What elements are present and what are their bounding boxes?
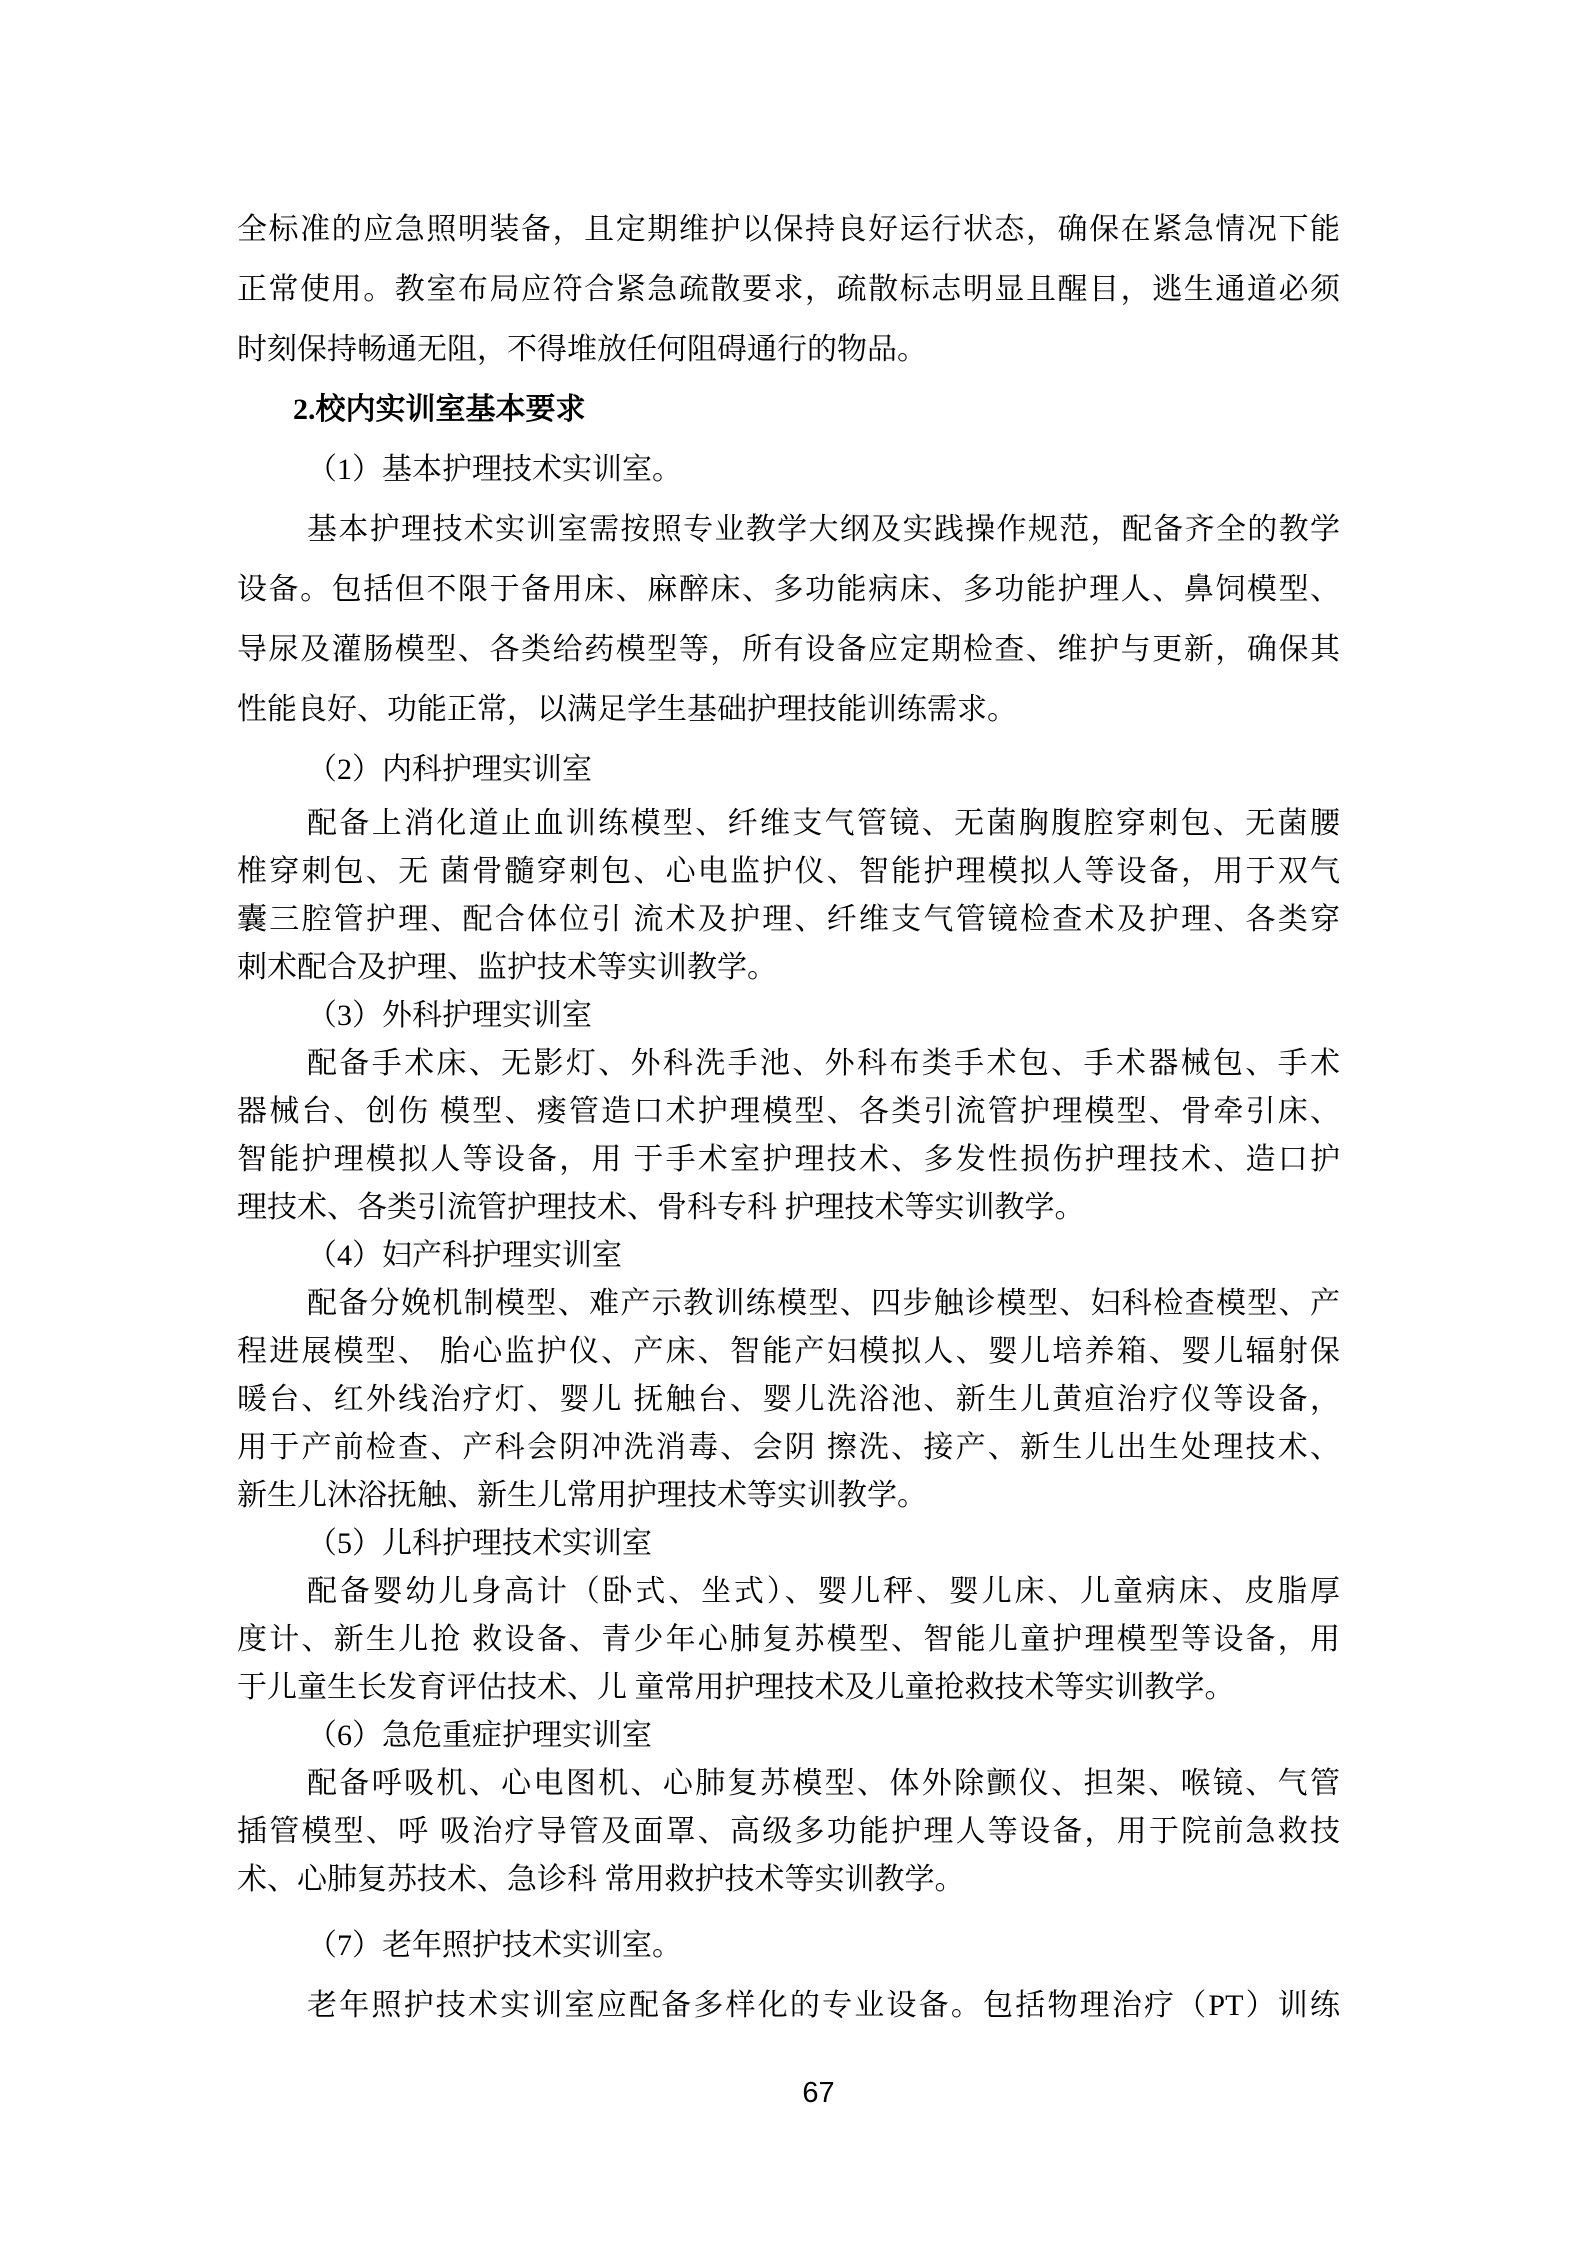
text-line: 老年照护技术实训室应配备多样化的专业设备。包括物理治疗（PT）训练 [237,1976,1340,2036]
text-line: 理技术、各类引流管护理技术、骨科专科 护理技术等实训教学。 [237,1184,1340,1232]
text-line: 度计、新生儿抢 救设备、青少年心肺复苏模型、智能儿童护理模型等设备，用 [237,1616,1340,1664]
numbered-item-1: （1）基本护理技术实训室。 [237,440,1340,500]
numbered-item-6: （6）急危重症护理实训室 [237,1712,1340,1760]
text-line: 导尿及灌肠模型、各类给药模型等，所有设备应定期检查、维护与更新，确保其 [237,620,1340,680]
text-line: 全标准的应急照明装备，且定期维护以保持良好运行状态，确保在紧急情况下能 [237,200,1340,260]
numbered-item-2: （2）内科护理实训室 [237,740,1340,800]
text-line: 正常使用。教室布局应符合紧急疏散要求，疏散标志明显且醒目，逃生通道必须 [237,260,1340,320]
text-line: 椎穿刺包、无 菌骨髓穿刺包、心电监护仪、智能护理模拟人等设备，用于双气 [237,848,1340,896]
paragraph: 配备上消化道止血训练模型、纤维支气管镜、无菌胸腹腔穿刺包、无菌腰 椎穿刺包、无 … [237,800,1340,992]
text-line: 用于产前检查、产科会阴冲洗消毒、会阴 擦洗、接产、新生儿出生处理技术、 [237,1424,1340,1472]
numbered-item-4: （4）妇产科护理实训室 [237,1232,1340,1280]
paragraph-continuation: 全标准的应急照明装备，且定期维护以保持良好运行状态，确保在紧急情况下能 正常使用… [237,200,1340,380]
text-line: 暖台、红外线治疗灯、婴儿 抚触台、婴儿洗浴池、新生儿黄疸治疗仪等设备， [237,1376,1340,1424]
text-line: 新生儿沐浴抚触、新生儿常用护理技术等实训教学。 [237,1472,1340,1520]
text-line: 时刻保持畅通无阻，不得堆放任何阻碍通行的物品。 [237,320,1340,380]
numbered-item-label: （2）内科护理实训室 [237,740,1340,800]
section: 2.校内实训室基本要求 [237,380,1340,440]
text-line: 囊三腔管护理、配合体位引 流术及护理、纤维支气管镜检查术及护理、各类穿 [237,896,1340,944]
paragraph: 配备呼吸机、心电图机、心肺复苏模型、体外除颤仪、担架、喉镜、气管 插管模型、呼 … [237,1760,1340,1904]
text-line: 刺术配合及护理、监护技术等实训教学。 [237,944,1340,992]
text-line: 配备手术床、无影灯、外科洗手池、外科布类手术包、手术器械包、手术 [237,1040,1340,1088]
text-line: 插管模型、呼 吸治疗导管及面罩、高级多功能护理人等设备，用于院前急救技 [237,1808,1340,1856]
text-line: 配备呼吸机、心电图机、心肺复苏模型、体外除颤仪、担架、喉镜、气管 [237,1760,1340,1808]
page-number: 67 [25,2076,1587,2110]
text-line: 配备分娩机制模型、难产示教训练模型、四步触诊模型、妇科检查模型、产 [237,1280,1340,1328]
text-line: 配备上消化道止血训练模型、纤维支气管镜、无菌胸腹腔穿刺包、无菌腰 [237,800,1340,848]
text-line: 术、心肺复苏技术、急诊科 常用救护技术等实训教学。 [237,1856,1340,1904]
numbered-item-label: （6）急危重症护理实训室 [237,1712,1340,1760]
numbered-item-7: （7）老年照护技术实训室。 [237,1916,1340,1976]
text-line: 于儿童生长发育评估技术、儿 童常用护理技术及儿童抢救技术等实训教学。 [237,1664,1340,1712]
paragraph: 基本护理技术实训室需按照专业教学大纲及实践操作规范，配备齐全的教学 设备。包括但… [237,500,1340,740]
text-line: 程进展模型、 胎心监护仪、产床、智能产妇模拟人、婴儿培养箱、婴儿辐射保 [237,1328,1340,1376]
document-page: 全标准的应急照明装备，且定期维护以保持良好运行状态，确保在紧急情况下能 正常使用… [0,0,1587,2245]
numbered-item-label: （5）儿科护理技术实训室 [237,1520,1340,1568]
text-line: 基本护理技术实训室需按照专业教学大纲及实践操作规范，配备齐全的教学 [237,500,1340,560]
document-body: 全标准的应急照明装备，且定期维护以保持良好运行状态，确保在紧急情况下能 正常使用… [237,200,1340,2036]
paragraph: 配备手术床、无影灯、外科洗手池、外科布类手术包、手术器械包、手术 器械台、创伤 … [237,1040,1340,1232]
text-line: 设备。包括但不限于备用床、麻醉床、多功能病床、多功能护理人、鼻饲模型、 [237,560,1340,620]
numbered-item-3: （3）外科护理实训室 [237,992,1340,1040]
numbered-item-label: （3）外科护理实训室 [237,992,1340,1040]
paragraph: 老年照护技术实训室应配备多样化的专业设备。包括物理治疗（PT）训练 [237,1976,1340,2036]
numbered-item-label: （1）基本护理技术实训室。 [237,440,1340,500]
numbered-item-5: （5）儿科护理技术实训室 [237,1520,1340,1568]
numbered-item-label: （7）老年照护技术实训室。 [237,1916,1340,1976]
text-line: 性能良好、功能正常，以满足学生基础护理技能训练需求。 [237,680,1340,740]
text-line: 器械台、创伤 模型、瘘管造口术护理模型、各类引流管护理模型、骨牵引床、 [237,1088,1340,1136]
paragraph: 配备分娩机制模型、难产示教训练模型、四步触诊模型、妇科检查模型、产 程进展模型、… [237,1280,1340,1520]
text-line: 智能护理模拟人等设备，用 于手术室护理技术、多发性损伤护理技术、造口护 [237,1136,1340,1184]
text-line: 配备婴幼儿身高计（卧式、坐式）、婴儿秤、婴儿床、儿童病床、皮脂厚 [237,1568,1340,1616]
numbered-item-label: （4）妇产科护理实训室 [237,1232,1340,1280]
paragraph: 配备婴幼儿身高计（卧式、坐式）、婴儿秤、婴儿床、儿童病床、皮脂厚 度计、新生儿抢… [237,1568,1340,1712]
section-heading: 2.校内实训室基本要求 [237,380,1340,440]
